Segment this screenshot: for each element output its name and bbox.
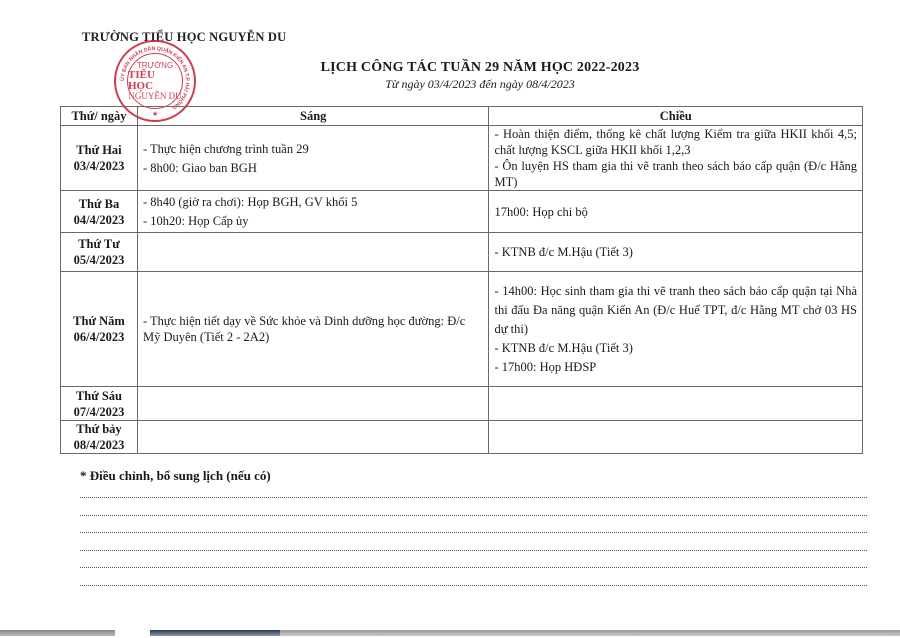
day-name: Thứ bảy: [66, 421, 132, 437]
day-cell: Thứ Sáu07/4/2023: [61, 387, 138, 421]
adjustments-title: * Điều chỉnh, bổ sung lịch (nếu có): [80, 468, 271, 484]
scan-edge-middle: [150, 630, 280, 636]
day-date: 03/4/2023: [66, 158, 132, 174]
afternoon-entry: - Ôn luyện HS tham gia thi vẽ tranh theo…: [494, 158, 857, 190]
day-cell: Thứ Năm06/4/2023: [61, 272, 138, 387]
morning-entry: - 8h40 (giờ ra chơi): Họp BGH, GV khối 5: [143, 194, 484, 210]
table-row: Thứ Sáu07/4/2023: [61, 387, 863, 421]
day-cell: Thứ Hai03/4/2023: [61, 126, 138, 191]
day-cell: Thứ Ba04/4/2023: [61, 191, 138, 233]
page-title: LỊCH CÔNG TÁC TUẦN 29 NĂM HỌC 2022-2023: [300, 60, 660, 76]
morning-cell: - Thực hiện chương trình tuần 29- 8h00: …: [137, 126, 489, 191]
morning-cell: - Thực hiện tiết dạy về Sức khỏe và Dinh…: [137, 272, 489, 387]
day-name: Thứ Sáu: [66, 388, 132, 404]
day-cell: Thứ bảy08/4/2023: [61, 421, 138, 454]
blank-dotted-line: [80, 567, 867, 568]
day-date: 08/4/2023: [66, 437, 132, 453]
afternoon-cell: - Hoàn thiện điểm, thống kê chất lượng K…: [489, 126, 863, 191]
table-row: Thứ Tư05/4/2023- KTNB đ/c M.Hậu (Tiết 3): [61, 233, 863, 272]
morning-entry: - Thực hiện tiết dạy về Sức khỏe và Dinh…: [143, 313, 484, 345]
morning-cell: [137, 233, 489, 272]
day-name: Thứ Tư: [66, 236, 132, 252]
blank-dotted-line: [80, 585, 867, 586]
stamp-line-3: NGUYỄN DU: [128, 92, 181, 101]
page-subtitle: Từ ngày 03/4/2023 đến ngày 08/4/2023: [300, 77, 660, 92]
afternoon-cell: [489, 387, 863, 421]
afternoon-entry: - 17h00: Họp HĐSP: [494, 358, 857, 377]
day-date: 07/4/2023: [66, 404, 132, 420]
morning-cell: [137, 387, 489, 421]
blank-dotted-line: [80, 497, 867, 498]
afternoon-cell: 17h00: Họp chi bộ: [489, 191, 863, 233]
afternoon-entry: - 14h00: Học sinh tham gia thi vẽ tranh …: [494, 282, 857, 339]
day-name: Thứ Năm: [66, 313, 132, 329]
afternoon-cell: - 14h00: Học sinh tham gia thi vẽ tranh …: [489, 272, 863, 387]
blank-dotted-line: [80, 532, 867, 533]
afternoon-entry: 17h00: Họp chi bộ: [494, 204, 857, 220]
day-date: 05/4/2023: [66, 252, 132, 268]
day-cell: Thứ Tư05/4/2023: [61, 233, 138, 272]
morning-entry: - Thực hiện chương trình tuần 29: [143, 141, 484, 157]
scan-edge-left: [0, 630, 115, 636]
morning-entry: - 10h20: Họp Cấp ủy: [143, 213, 484, 229]
afternoon-entry: - Hoàn thiện điểm, thống kê chất lượng K…: [494, 126, 857, 158]
morning-entry: - 8h00: Giao ban BGH: [143, 160, 484, 176]
day-name: Thứ Ba: [66, 196, 132, 212]
scan-edge-right: [280, 630, 900, 636]
stamp-line-2: TIỂU HỌC: [128, 70, 182, 92]
table-row: Thứ Hai03/4/2023- Thực hiện chương trình…: [61, 126, 863, 191]
afternoon-entry: - KTNB đ/c M.Hậu (Tiết 3): [494, 244, 857, 260]
day-date: 04/4/2023: [66, 212, 132, 228]
day-date: 06/4/2023: [66, 329, 132, 345]
afternoon-entry: - KTNB đ/c M.Hậu (Tiết 3): [494, 339, 857, 358]
table-row: Thứ bảy08/4/2023: [61, 421, 863, 454]
afternoon-cell: [489, 421, 863, 454]
column-header-day: Thứ/ ngày: [61, 107, 138, 126]
schedule-table: Thứ/ ngày Sáng Chiều Thứ Hai03/4/2023- T…: [60, 106, 863, 454]
morning-cell: [137, 421, 489, 454]
stamp-center: TRƯỜNG TIỂU HỌC NGUYỄN DU: [127, 53, 183, 109]
column-header-morning: Sáng: [137, 107, 489, 126]
table-header-row: Thứ/ ngày Sáng Chiều: [61, 107, 863, 126]
table-row: Thứ Ba04/4/2023- 8h40 (giờ ra chơi): Họp…: [61, 191, 863, 233]
blank-dotted-line: [80, 515, 867, 516]
table-row: Thứ Năm06/4/2023- Thực hiện tiết dạy về …: [61, 272, 863, 387]
morning-cell: - 8h40 (giờ ra chơi): Họp BGH, GV khối 5…: [137, 191, 489, 233]
column-header-afternoon: Chiều: [489, 107, 863, 126]
blank-dotted-line: [80, 550, 867, 551]
afternoon-cell: - KTNB đ/c M.Hậu (Tiết 3): [489, 233, 863, 272]
day-name: Thứ Hai: [66, 142, 132, 158]
